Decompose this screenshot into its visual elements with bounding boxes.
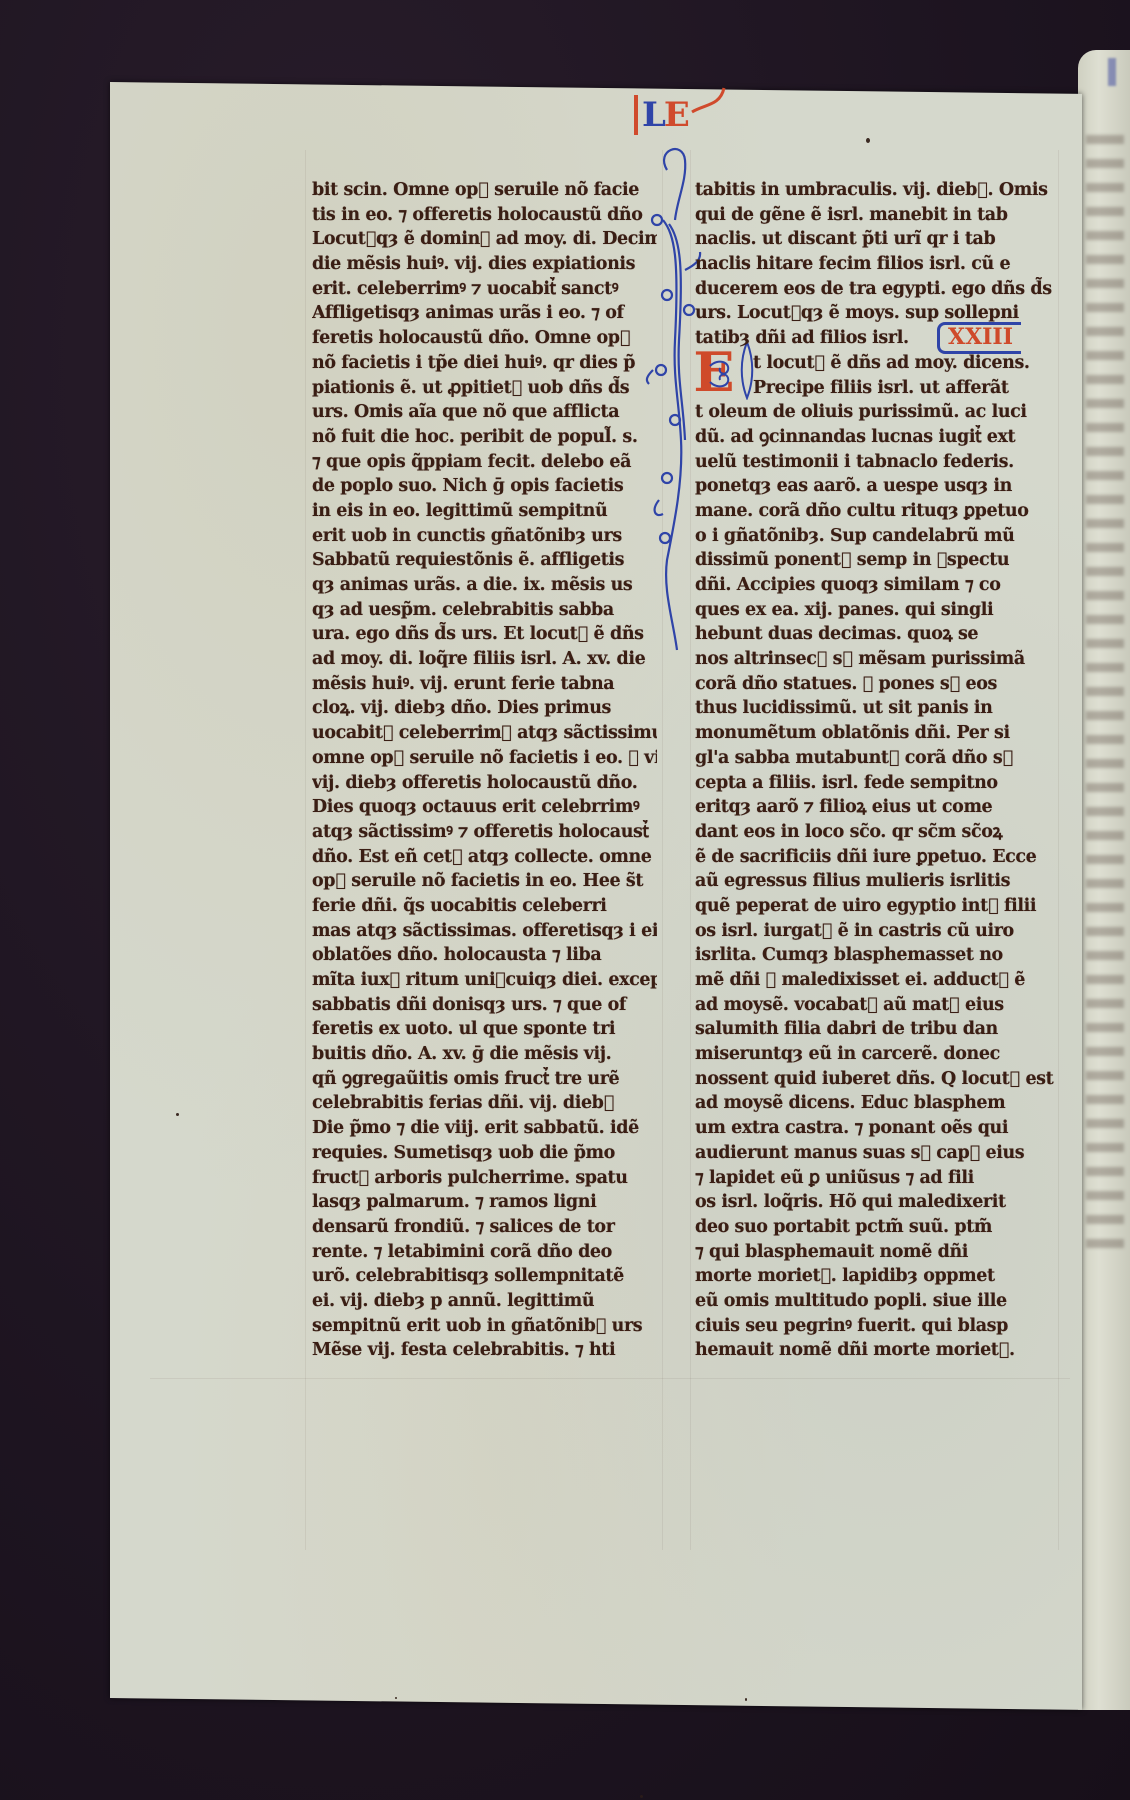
text-line: qui de gẽne ẽ isrl. manebit in tab xyxy=(695,203,1060,228)
text-line: naclis hitare fecim filios isrl. cũ e xyxy=(695,252,1060,277)
text-line: mĩta iux᷒ ritum uniꝰcuiqȝ diei. exceptis xyxy=(312,968,657,993)
text-line: miseruntqȝ eũ in carcerẽ. donec xyxy=(695,1042,1060,1067)
text-line: eritqȝ aarõ ⁊ filioꝝ eius ut come xyxy=(695,795,1060,820)
text-line: sabbatis dñi donisqȝ urs. ⁊ que of xyxy=(312,993,657,1018)
text-line: lasqȝ palmarum. ⁊ ramos ligni xyxy=(312,1190,657,1215)
text-line: naclis. ut discant p̃ti urĩ qr i tab xyxy=(695,227,1060,252)
text-line: sempitnũ erit uob in gñatõnib᷒ urs xyxy=(312,1314,657,1339)
running-head-flourish-icon xyxy=(690,84,730,114)
text-line: ⁊ lapidet eũ ꝑ uniũsus ⁊ ad fili xyxy=(695,1166,1060,1191)
running-head-letter-l: L xyxy=(634,95,664,135)
text-line: mẽsis huiꝰ. vij. erunt ferie tabna xyxy=(312,672,657,697)
text-line: dño. Est eñ cet᷒ atqȝ collecte. omne xyxy=(312,845,657,870)
text-line: dissimũ ponent᷒ semp in ꝯspectu xyxy=(695,548,1060,573)
text-line: monumẽtum oblatõnis dñi. Per si xyxy=(695,721,1060,746)
text-line: ad moy. di. loq̃re filiis isrl. A. xv. d… xyxy=(312,647,657,672)
text-line: buitis dño. A. xv. ḡ die mẽsis vij. xyxy=(312,1042,657,1067)
text-line: mas atqȝ sãctissimas. offeretisqȝ i eis xyxy=(312,919,657,944)
text-column-right: tabitis in umbraculis. vij. dieb᷒. Omis … xyxy=(695,178,1060,1363)
text-line: op᷒ seruile nõ facietis in eo. Hee s̃t xyxy=(312,869,657,894)
ink-speck xyxy=(745,1698,747,1701)
text-line: hemauit nomẽ dñi morte moriet᷒. xyxy=(695,1338,1060,1363)
text-line: morte moriet᷒. lapidibȝ oppmet xyxy=(695,1264,1060,1289)
text-line: dñi. Accipies quoqȝ similam ⁊ co xyxy=(695,573,1060,598)
text-line: Precipe filiis isrl. ut afferãt xyxy=(695,376,1060,401)
text-line: tabitis in umbraculis. vij. dieb᷒. Omis xyxy=(695,178,1060,203)
text-line: deo suo portabit pctm̃ suũ. ptm̃ xyxy=(695,1215,1060,1240)
ink-speck xyxy=(640,1795,643,1798)
text-line: die mẽsis huiꝰ. vij. dies expiationis xyxy=(312,252,657,277)
text-line: audierunt manus suas s᷒ cap᷒ eius xyxy=(695,1141,1060,1166)
text-line: erit. celeberrimꝰ ⁊ uocabit᷒ sanctꝰ xyxy=(312,277,657,302)
text-line: ciuis seu pegrinꝰ fuerit. qui blasp xyxy=(695,1314,1060,1339)
text-line: rente. ⁊ letabimini corã dño deo xyxy=(312,1240,657,1265)
text-line: quẽ peperat de uiro egyptio int᷒ filii xyxy=(695,894,1060,919)
ink-speck xyxy=(176,1113,179,1116)
text-line: celebrabitis ferias dñi. vij. dieb᷒ xyxy=(312,1091,657,1116)
text-line: urs. Locut᷒qȝ ẽ moys. sup sollepni xyxy=(695,301,1060,326)
text-line: mane. corã dño cultu rituqȝ ꝑpetuo xyxy=(695,499,1060,524)
text-line: ducerem eos de tra egypti. ego dñs d̃s xyxy=(695,277,1060,302)
adjacent-rubric-mark xyxy=(1108,58,1116,86)
text-line: um extra castra. ⁊ ponant oẽs qui xyxy=(695,1116,1060,1141)
text-line: ⁊ que opis q̃ppiam fecit. delebo eã xyxy=(312,450,657,475)
text-line: bit scin. Omne op᷒ seruile nõ facie xyxy=(312,178,657,203)
text-line: feretis ex uoto. ul que sponte tri xyxy=(312,1017,657,1042)
text-line: cloꝝ. vij. diebȝ dño. Dies primus xyxy=(312,696,657,721)
text-line: omne op᷒ seruile nõ facietis i eo. ⁊ vij xyxy=(312,746,657,771)
text-line: qȝ animas urãs. a die. ix. mẽsis us xyxy=(312,573,657,598)
text-line: tis in eo. ⁊ offeretis holocaustũ dño xyxy=(312,203,657,228)
text-line: o i gñatõnibȝ. Sup candelabrũ mũ xyxy=(695,524,1060,549)
text-line: ponetqȝ eas aarõ. a uespe usqȝ in xyxy=(695,474,1060,499)
ink-speck xyxy=(395,1697,397,1699)
text-line: t locut᷒ ẽ dñs ad moy. dicens. xyxy=(695,351,1060,376)
text-line: requies. Sumetisqȝ uob die p̃mo xyxy=(312,1141,657,1166)
text-line: ad moysẽ. vocabat᷒ aũ mat᷒ eius xyxy=(695,993,1060,1018)
adjacent-folio-edge xyxy=(1078,50,1130,1710)
text-line: oblatões dño. holocausta ⁊ liba xyxy=(312,943,657,968)
text-line: nõ fuit die hoc. peribit de popul̃. s. xyxy=(312,425,657,450)
text-line: densarũ frondiũ. ⁊ salices de tor xyxy=(312,1215,657,1240)
running-head: LE xyxy=(634,98,688,132)
ruling-line xyxy=(150,1378,1070,1379)
text-line: gl'a sabba mutabunt᷒ corã dño s᷒ xyxy=(695,746,1060,771)
text-line: Dies quoqȝ octauus erit celebrrimꝰ xyxy=(312,795,657,820)
text-line: urõ. celebrabitisqȝ sollempnitatẽ xyxy=(312,1264,657,1289)
text-column-left: bit scin. Omne op᷒ seruile nõ facie tis … xyxy=(312,178,657,1363)
text-line: ad moysẽ dicens. Educ blasphem xyxy=(695,1091,1060,1116)
text-line: ferie dñi. q̃s uocabitis celeberri xyxy=(312,894,657,919)
text-line: Mẽse vij. festa celebrabitis. ⁊ hti xyxy=(312,1338,657,1363)
text-line: piationis ẽ. ut ꝓpitiet᷒ uob dñs d̃s xyxy=(312,376,657,401)
text-line: fruct᷒ arboris pulcherrime. spatu xyxy=(312,1166,657,1191)
text-line: uelũ testimonii i tabnaclo federis. xyxy=(695,450,1060,475)
text-line: vij. diebȝ offeretis holocaustũ dño. xyxy=(312,771,657,796)
text-line: dũ. ad ꝯcinnandas lucnas iugit᷒ ext xyxy=(695,425,1060,450)
running-head-letter-e: E xyxy=(664,95,688,135)
text-line: urs. Omis aĩa que nõ que afflicta xyxy=(312,400,657,425)
text-line: qȝ ad uesp̃m. celebrabitis sabba xyxy=(312,598,657,623)
text-line: uocabit᷒ celeberrimꝰ atqȝ sãctissimus xyxy=(312,721,657,746)
text-line: isrlita. Cumqȝ blasphemasset no xyxy=(695,943,1060,968)
text-line: Sabbatũ requiestõnis ẽ. affligetis xyxy=(312,548,657,573)
text-line: ⁊ qui blasphemauit nomẽ dñi xyxy=(695,1240,1060,1265)
text-line: ẽ de sacrificiis dñi iure ꝑpetuo. Ecce xyxy=(695,845,1060,870)
text-line: atqȝ sãctissimꝰ ⁊ offeretis holocaust᷒ xyxy=(312,820,657,845)
text-line: dant eos in loco sc̃o. qr sc̃m sc̃oꝝ xyxy=(695,820,1060,845)
text-line: aũ egressus filius mulieris isrlitis xyxy=(695,869,1060,894)
text-line: thus lucidissimũ. ut sit panis in xyxy=(695,696,1060,721)
text-line: corã dño statues. ⁊ pones s᷒ eos xyxy=(695,672,1060,697)
text-line: feretis holocaustũ dño. Omne op᷒ xyxy=(312,326,657,351)
text-line: os isrl. iurgat᷒ ẽ in castris cũ uiro xyxy=(695,919,1060,944)
ink-speck xyxy=(866,138,870,143)
text-line: t oleum de oliuis purissimũ. ac luci xyxy=(695,400,1060,425)
text-line: ques ex ea. xij. panes. qui singli xyxy=(695,598,1060,623)
text-line: salumith filia dabri de tribu dan xyxy=(695,1017,1060,1042)
text-line: nossent quid iuberet dñs. Q locut᷒ est xyxy=(695,1067,1060,1092)
text-line: nos altrinsec᷒ s᷒ mẽsam purissimã xyxy=(695,647,1060,672)
text-line: ei. vij. diebȝ p annũ. legittimũ xyxy=(312,1289,657,1314)
text-line: mẽ dñi ⁊ maledixisset ei. adduct᷒ ẽ xyxy=(695,968,1060,993)
text-line: de poplo suo. Nich ḡ opis facietis xyxy=(312,474,657,499)
text-line: Die p̃mo ⁊ die viij. erit sabbatũ. idẽ xyxy=(312,1116,657,1141)
text-line: nõ facietis i tp̃e diei huiꝰ. qr dies p̃ xyxy=(312,351,657,376)
text-line: ura. ego dñs d̃s urs. Et locut᷒ ẽ dñs xyxy=(312,622,657,647)
ruling-line xyxy=(305,150,306,1550)
text-line: in eis in eo. legittimũ sempitnũ xyxy=(312,499,657,524)
text-line: Locut᷒qȝ ẽ dominꝰ ad moy. di. Decima xyxy=(312,227,657,252)
text-line: hebunt duas decimas. quoꝝ se xyxy=(695,622,1060,647)
text-line: erit uob in cunctis gñatõnibȝ urs xyxy=(312,524,657,549)
text-line: qñ ꝯgregaũitis omis fruct᷒ tre urẽ xyxy=(312,1067,657,1092)
text-line: tatibȝ dñi ad filios isrl. xyxy=(695,326,1060,351)
text-line: Affligetisqȝ animas urãs i eo. ⁊ of xyxy=(312,301,657,326)
text-line: cepta a filiis. isrl. fede sempitno xyxy=(695,771,1060,796)
text-line: eũ omis multitudo popli. siue ille xyxy=(695,1289,1060,1314)
text-line: os isrl. loq̃ris. Hõ qui maledixerit xyxy=(695,1190,1060,1215)
